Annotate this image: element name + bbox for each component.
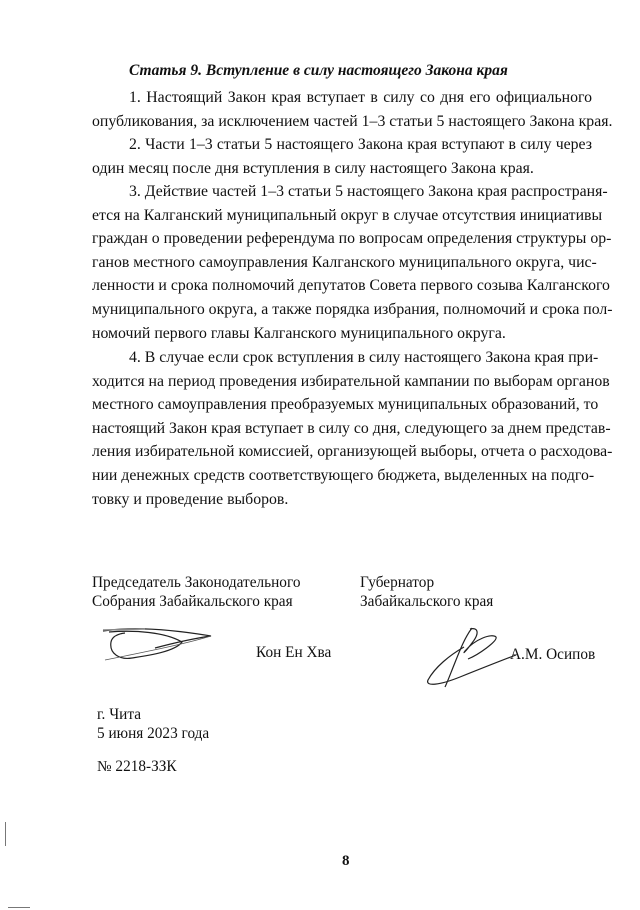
paragraph-line: нии денежных средств соответствующего бю…: [92, 464, 592, 488]
paragraph-line: 4. В случае если срок вступления в силу …: [92, 346, 592, 370]
scan-artifact-line: [8, 907, 30, 908]
right-signature-icon: [420, 625, 520, 690]
paragraph-4: 4. В случае если срок вступления в силу …: [92, 346, 592, 511]
signing-date: 5 июня 2023 года: [97, 724, 209, 743]
paragraph-3: 3. Действие частей 1–3 статьи 5 настояще…: [92, 180, 592, 345]
paragraph-line: один месяц после дня вступления в силу н…: [92, 157, 592, 181]
left-signature-icon: [95, 622, 225, 672]
paragraph-line: номочий первого главы Калганского муници…: [92, 322, 592, 346]
right-title-line-1: Губернатор: [360, 573, 493, 592]
paragraph-1: 1. Настоящий Закон края вступает в силу …: [92, 86, 592, 133]
paragraph-line: ленности и срока полномочий депутатов Со…: [92, 274, 592, 298]
left-title-line-1: Председатель Законодательного: [92, 573, 301, 592]
paragraph-line: муниципального округа, а также порядка и…: [92, 298, 592, 322]
right-signatory-title: Губернатор Забайкальского края: [360, 573, 493, 611]
paragraph-line: ходится на период проведения избирательн…: [92, 370, 592, 394]
paragraph-line: граждан о проведении референдума по вопр…: [92, 227, 592, 251]
article-heading: Статья 9. Вступление в силу настоящего З…: [129, 62, 508, 80]
left-signatory-name: Кон Ен Хва: [256, 644, 331, 662]
paragraph-line: 3. Действие частей 1–3 статьи 5 настояще…: [92, 180, 592, 204]
law-number: № 2218-ЗЗК: [97, 758, 177, 776]
scan-artifact-line: [5, 822, 6, 846]
paragraph-line: ления избирательной комиссией, организую…: [92, 440, 592, 464]
paragraph-2: 2. Части 1–3 статьи 5 настоящего Закона …: [92, 133, 592, 180]
left-title-line-2: Собрания Забайкальского края: [92, 592, 301, 611]
paragraph-line: товку и проведение выборов.: [92, 488, 592, 512]
right-title-line-2: Забайкальского края: [360, 592, 493, 611]
right-signatory-name: А.М. Осипов: [510, 646, 595, 664]
paragraph-line: ганов местного самоуправления Калганског…: [92, 251, 592, 275]
paragraph-line: 2. Части 1–3 статьи 5 настоящего Закона …: [92, 133, 592, 157]
paragraph-line: ется на Калганский муниципальный округ в…: [92, 204, 592, 228]
paragraph-line: 1. Настоящий Закон края вступает в силу …: [92, 86, 592, 110]
place-and-date: г. Чита 5 июня 2023 года: [97, 705, 209, 743]
document-page: Статья 9. Вступление в силу настоящего З…: [0, 0, 640, 910]
city: г. Чита: [97, 705, 209, 724]
paragraph-line: местного самоуправления преобразуемых му…: [92, 393, 592, 417]
paragraph-line: настоящий Закон края вступает в силу со …: [92, 417, 592, 441]
page-number: 8: [342, 853, 350, 870]
left-signatory-title: Председатель Законодательного Собрания З…: [92, 573, 301, 611]
paragraph-line: опубликования, за исключением частей 1–3…: [92, 110, 592, 134]
